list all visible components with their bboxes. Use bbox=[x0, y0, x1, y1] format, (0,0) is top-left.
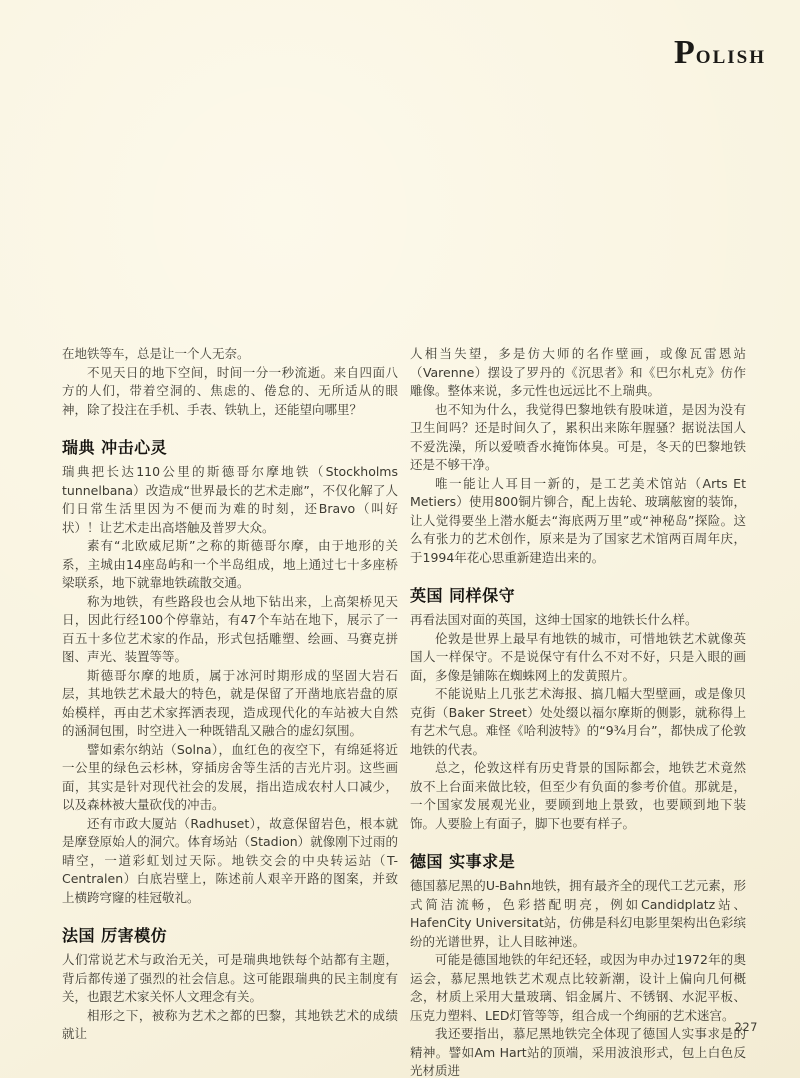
magazine-title-rest: OLISH bbox=[696, 47, 766, 68]
paragraph: 再看法国对面的英国，这绅士国家的地铁长什么样。 bbox=[410, 611, 746, 630]
magazine-page: POLISH 在地铁等车，总是让一个人无奈。不见天日的地下空间，时间一分一秒流逝… bbox=[0, 0, 800, 1078]
paragraph: 唯一能让人耳目一新的，是工艺美术馆站（Arts Et Metiers）使用800… bbox=[410, 475, 746, 568]
magazine-title-initial: P bbox=[674, 34, 696, 71]
paragraph: 斯德哥尔摩的地质，属于冰河时期形成的坚固大岩石层，其地铁艺术最大的特色，就是保留… bbox=[62, 667, 398, 741]
paragraph: 素有“北欧威尼斯”之称的斯德哥尔摩，由于地形的关系，主城由14座岛屿和一个半岛组… bbox=[62, 537, 398, 593]
section-heading: 英国 同样保守 bbox=[410, 587, 746, 605]
paragraph: 总之，伦敦这样有历史背景的国际都会，地铁艺术竟然放不上台面来做比较，但至少有负面… bbox=[410, 759, 746, 833]
section-heading: 德国 实事求是 bbox=[410, 853, 746, 871]
paragraph: 伦敦是世界上最早有地铁的城市，可惜地铁艺术就像英国人一样保守。不是说保守有什么不… bbox=[410, 630, 746, 686]
paragraph: 还有市政大厦站（Radhuset），故意保留岩色，根本就是摩登原始人的洞穴。体育… bbox=[62, 815, 398, 908]
paragraph: 人相当失望，多是仿大师的名作壁画，或像瓦雷恩站（Varenne）摆设了罗丹的《沉… bbox=[410, 345, 746, 401]
paragraph: 称为地铁，有些路段也会从地下钻出来，上高架桥见天日，因此行经100个停靠站，有4… bbox=[62, 593, 398, 667]
right-column: 人相当失望，多是仿大师的名作壁画，或像瓦雷恩站（Varenne）摆设了罗丹的《沉… bbox=[410, 345, 746, 1078]
section-heading: 法国 厉害模仿 bbox=[62, 927, 398, 945]
paragraph: 可能是德国地铁的年纪还轻，或因为申办过1972年的奥运会，慕尼黑地铁艺术观点比较… bbox=[410, 951, 746, 1025]
section-heading: 瑞典 冲击心灵 bbox=[62, 439, 398, 457]
magazine-title: POLISH bbox=[674, 36, 766, 70]
paragraph: 我还要指出，慕尼黑地铁完全体现了德国人实事求是的精神。譬如Am Hart站的顶端… bbox=[410, 1025, 746, 1078]
paragraph: 不能说贴上几张艺术海报、搞几幅大型壁画，或是像贝克街（Baker Street）… bbox=[410, 685, 746, 759]
paragraph: 也不知为什么，我觉得巴黎地铁有股味道，是因为没有卫生间吗？还是时间久了，累积出来… bbox=[410, 401, 746, 475]
paragraph: 德国慕尼黑的U-Bahn地铁，拥有最齐全的现代工艺元素，形式简洁流畅，色彩搭配明… bbox=[410, 877, 746, 951]
paragraph: 相形之下，被称为艺术之都的巴黎，其地铁艺术的成绩就让 bbox=[62, 1007, 398, 1044]
left-column: 在地铁等车，总是让一个人无奈。不见天日的地下空间，时间一分一秒流逝。来自四面八方… bbox=[62, 345, 398, 1078]
paragraph: 在地铁等车，总是让一个人无奈。 bbox=[62, 345, 398, 364]
paragraph: 人们常说艺术与政治无关，可是瑞典地铁每个站都有主题，背后都传递了强烈的社会信息。… bbox=[62, 951, 398, 1007]
paragraph: 瑞典把长达110公里的斯德哥尔摩地铁（Stockholms tunnelbana… bbox=[62, 463, 398, 537]
page-number: 227 bbox=[735, 1020, 758, 1034]
paragraph: 不见天日的地下空间，时间一分一秒流逝。来自四面八方的人们，带着空洞的、焦虑的、倦… bbox=[62, 364, 398, 420]
article-body: 在地铁等车，总是让一个人无奈。不见天日的地下空间，时间一分一秒流逝。来自四面八方… bbox=[62, 345, 746, 1078]
paragraph: 譬如索尔纳站（Solna），血红色的夜空下，有绵延将近一公里的绿色云杉林，穿插房… bbox=[62, 741, 398, 815]
